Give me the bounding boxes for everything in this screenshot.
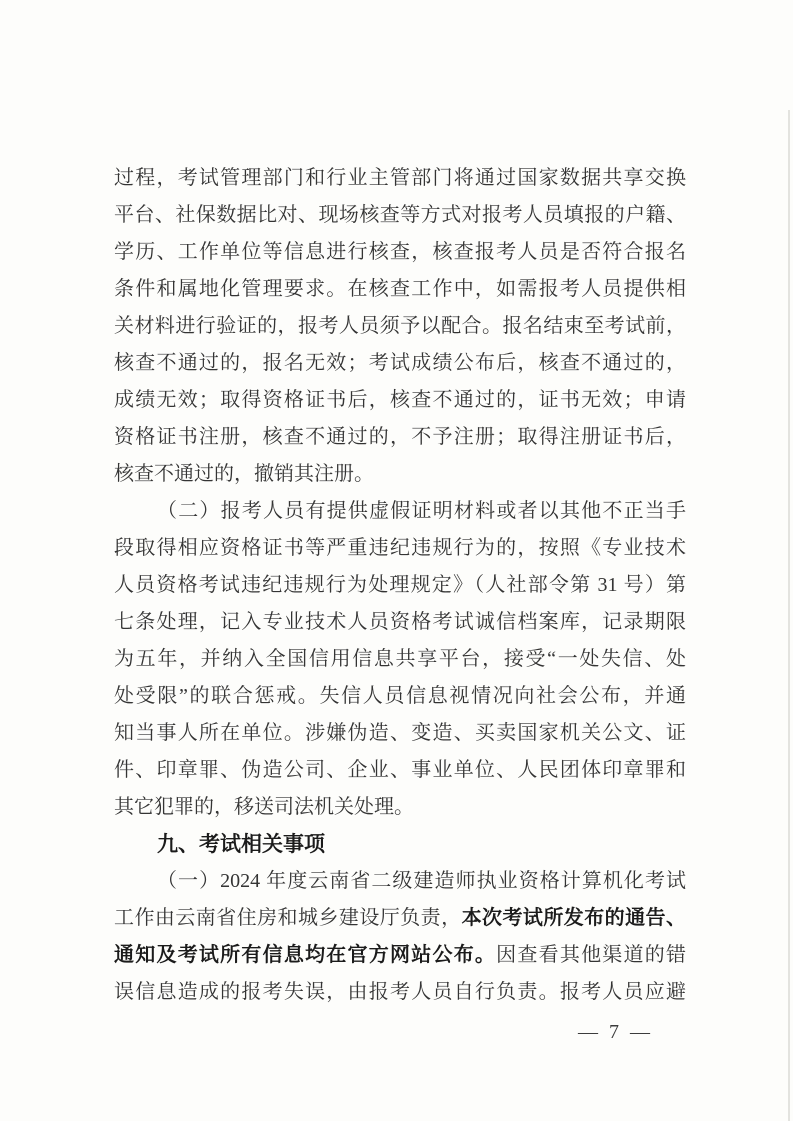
- text-segment: 段取得相应资格证书等严重违纪违规行为的，按照《专业技术: [114, 537, 686, 559]
- text-segment: 为五年，并纳入全国信用信息共享平台，接受“一处失信、处: [114, 648, 686, 670]
- text-segment: 件、印章罪、伪造公司、企业、事业单位、人民团体印章罪和: [114, 759, 686, 781]
- scan-edge-artifact: [788, 110, 790, 1121]
- bold-text-segment: 本次考试所发布的通告、: [462, 907, 686, 929]
- text-line: 资格证书注册，核查不通过的，不予注册；取得注册证书后，: [114, 419, 686, 456]
- text-segment: （二）报考人员有提供虚假证明材料或者以其他不正当手: [157, 500, 686, 522]
- text-segment: 核查不通过的，撤销其注册。: [114, 463, 374, 485]
- text-segment: 平台、社保数据比对、现场核查等方式对报考人员填报的户籍、: [114, 204, 686, 226]
- text-line: 学历、工作单位等信息进行核查，核查报考人员是否符合报名: [114, 234, 686, 271]
- text-line: 过程，考试管理部门和行业主管部门将通过国家数据共享交换: [114, 160, 686, 197]
- text-line: 人员资格考试违纪违规行为处理规定》（人社部令第 31 号）第: [114, 567, 686, 604]
- text-segment: 其它犯罪的，移送司法机关处理。: [114, 796, 414, 818]
- text-segment: 关材料进行验证的，报考人员须予以配合。报名结束至考试前，: [114, 315, 686, 337]
- document-page: 过程，考试管理部门和行业主管部门将通过国家数据共享交换平台、社保数据比对、现场核…: [0, 0, 793, 1121]
- text-line: （二）报考人员有提供虚假证明材料或者以其他不正当手: [114, 493, 686, 530]
- text-line: 知当事人所在单位。涉嫌伪造、变造、买卖国家机关公文、证: [114, 715, 686, 752]
- text-segment: 学历、工作单位等信息进行核查，核查报考人员是否符合报名: [114, 241, 686, 263]
- text-segment: 过程，考试管理部门和行业主管部门将通过国家数据共享交换: [114, 167, 686, 189]
- text-line: 工作由云南省住房和城乡建设厅负责，本次考试所发布的通告、: [114, 900, 686, 937]
- text-line: 七条处理，记入专业技术人员资格考试诚信档案库，记录期限: [114, 604, 686, 641]
- text-segment: 七条处理，记入专业技术人员资格考试诚信档案库，记录期限: [114, 611, 686, 633]
- text-segment: 核查不通过的，报名无效；考试成绩公布后，核查不通过的，: [114, 352, 686, 374]
- text-line: 其它犯罪的，移送司法机关处理。: [114, 789, 686, 826]
- text-line: 成绩无效；取得资格证书后，核查不通过的，证书无效；申请: [114, 382, 686, 419]
- text-line: 通知及考试所有信息均在官方网站公布。因查看其他渠道的错: [114, 937, 686, 974]
- bold-text-segment: 通知及考试所有信息均在官方网站公布。: [114, 944, 496, 966]
- text-line: 处受限”的联合惩戒。失信人员信息视情况向社会公布，并通: [114, 678, 686, 715]
- text-line: 核查不通过的，撤销其注册。: [114, 456, 686, 493]
- section-heading: 九、考试相关事项: [114, 826, 686, 863]
- document-body-text: 过程，考试管理部门和行业主管部门将通过国家数据共享交换平台、社保数据比对、现场核…: [114, 160, 686, 1011]
- text-segment: 条件和属地化管理要求。在核查工作中，如需报考人员提供相: [114, 278, 686, 300]
- text-segment: 成绩无效；取得资格证书后，核查不通过的，证书无效；申请: [114, 389, 686, 411]
- text-line: 平台、社保数据比对、现场核查等方式对报考人员填报的户籍、: [114, 197, 686, 234]
- text-line: （一）2024 年度云南省二级建造师执业资格计算机化考试: [114, 863, 686, 900]
- page-number: — 7 —: [578, 1018, 653, 1046]
- text-line: 误信息造成的报考失误，由报考人员自行负责。报考人员应避: [114, 974, 686, 1011]
- text-segment: 处受限”的联合惩戒。失信人员信息视情况向社会公布，并通: [114, 685, 686, 707]
- text-segment: （一）2024 年度云南省二级建造师执业资格计算机化考试: [157, 870, 686, 892]
- text-segment: 因查看其他渠道的错: [496, 944, 686, 966]
- text-line: 为五年，并纳入全国信用信息共享平台，接受“一处失信、处: [114, 641, 686, 678]
- text-segment: 误信息造成的报考失误，由报考人员自行负责。报考人员应避: [114, 981, 686, 1003]
- text-line: 段取得相应资格证书等严重违纪违规行为的，按照《专业技术: [114, 530, 686, 567]
- text-line: 条件和属地化管理要求。在核查工作中，如需报考人员提供相: [114, 271, 686, 308]
- text-line: 核查不通过的，报名无效；考试成绩公布后，核查不通过的，: [114, 345, 686, 382]
- text-segment: 人员资格考试违纪违规行为处理规定》（人社部令第 31 号）第: [114, 574, 686, 596]
- text-segment: 工作由云南省住房和城乡建设厅负责，: [114, 907, 462, 929]
- text-segment: 资格证书注册，核查不通过的，不予注册；取得注册证书后，: [114, 426, 686, 448]
- text-segment: 知当事人所在单位。涉嫌伪造、变造、买卖国家机关公文、证: [114, 722, 686, 744]
- text-line: 件、印章罪、伪造公司、企业、事业单位、人民团体印章罪和: [114, 752, 686, 789]
- bold-text-segment: 九、考试相关事项: [157, 833, 325, 856]
- text-line: 关材料进行验证的，报考人员须予以配合。报名结束至考试前，: [114, 308, 686, 345]
